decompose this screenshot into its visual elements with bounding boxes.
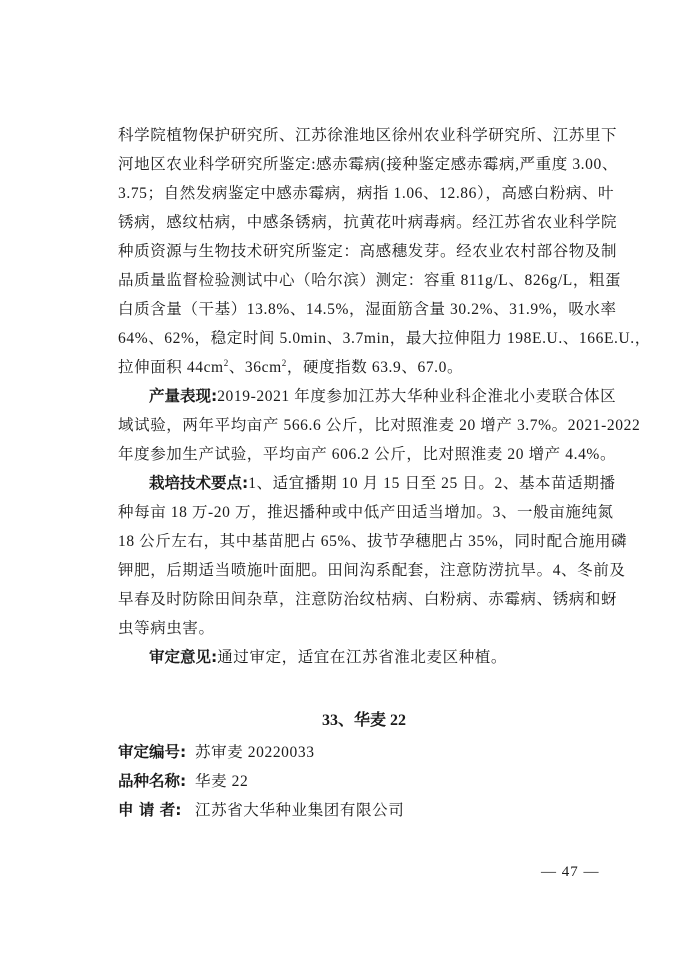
field-applicant: 申 请 者:江苏省大华种业集团有限公司 <box>118 796 590 825</box>
text-line: 年度参加生产试验，平均亩产 606.2 公斤，比对照淮麦 20 增产 4.4%。 <box>118 440 590 469</box>
variety-fields: 审定编号:苏审麦 20220033 品种名称:华麦 22 申 请 者:江苏省大华… <box>118 738 590 825</box>
text-line: 科学院植物保护研究所、江苏徐淮地区徐州农业科学研究所、江苏里下 <box>118 121 590 150</box>
text-line: 产量表现:2019-2021 年度参加江苏大华种业科企淮北小麦联合体区 <box>118 382 590 411</box>
text-line: 虫等病虫害。 <box>118 614 590 643</box>
field-label: 申 请 者: <box>118 796 195 825</box>
field-value: 苏审麦 20220033 <box>195 744 315 761</box>
text-fragment: 通过审定，适宜在江苏省淮北麦区种植。 <box>217 649 507 666</box>
field-label: 审定编号: <box>118 738 195 767</box>
field-value: 华麦 22 <box>195 773 248 790</box>
text-line: 品质量监督检验测试中心（哈尔滨）测定：容重 811g/L、826g/L，粗蛋 <box>118 266 590 295</box>
opinion-label: 审定意见: <box>149 648 217 666</box>
text-fragment: 2019-2021 年度参加江苏大华种业科企淮北小麦联合体区 <box>217 388 616 405</box>
text-line: 白质含量（干基）13.8%、14.5%，湿面筋含量 30.2%、31.9%，吸水… <box>118 295 590 324</box>
text-line: 拉伸面积 44cm2、36cm2，硬度指数 63.9、67.0。 <box>118 353 590 382</box>
cultivation-paragraph: 栽培技术要点:1、适宜播期 10 月 15 日至 25 日。2、基本苗适期播 种… <box>118 469 590 643</box>
intro-paragraph: 科学院植物保护研究所、江苏徐淮地区徐州农业科学研究所、江苏里下 河地区农业科学研… <box>118 121 590 382</box>
cultivation-label: 栽培技术要点: <box>149 474 248 492</box>
text-fragment: 1、适宜播期 10 月 15 日至 25 日。2、基本苗适期播 <box>248 475 615 492</box>
text-fragment: 拉伸面积 44cm <box>118 359 224 376</box>
field-variety-name: 品种名称:华麦 22 <box>118 767 590 796</box>
yield-label: 产量表现: <box>149 387 217 405</box>
document-page: 科学院植物保护研究所、江苏徐淮地区徐州农业科学研究所、江苏里下 河地区农业科学研… <box>118 121 590 825</box>
text-fragment: ，硬度指数 63.9、67.0。 <box>287 359 463 376</box>
text-fragment: 、36cm <box>229 359 282 376</box>
section-title: 33、华麦 22 <box>118 706 590 736</box>
text-line: 早春及时防除田间杂草，注意防治纹枯病、白粉病、赤霉病、锈病和蚜 <box>118 585 590 614</box>
text-line: 种每亩 18 万-20 万，推迟播种或中低产田适当增加。3、一般亩施纯氮 <box>118 498 590 527</box>
text-line: 栽培技术要点:1、适宜播期 10 月 15 日至 25 日。2、基本苗适期播 <box>118 469 590 498</box>
field-approval-number: 审定编号:苏审麦 20220033 <box>118 738 590 767</box>
opinion-paragraph: 审定意见:通过审定，适宜在江苏省淮北麦区种植。 <box>118 643 590 672</box>
text-line: 锈病，感纹枯病，中感条锈病，抗黄花叶病毒病。经江苏省农业科学院 <box>118 208 590 237</box>
text-line: 3.75；自然发病鉴定中感赤霉病，病指 1.06、12.86），高感白粉病、叶 <box>118 179 590 208</box>
text-line: 种质资源与生物技术研究所鉴定：高感穗发芽。经农业农村部谷物及制 <box>118 237 590 266</box>
yield-paragraph: 产量表现:2019-2021 年度参加江苏大华种业科企淮北小麦联合体区 域试验，… <box>118 382 590 469</box>
field-value: 江苏省大华种业集团有限公司 <box>195 802 404 819</box>
text-line: 18 公斤左右，其中基苗肥占 65%、拔节孕穗肥占 35%，同时配合施用磷 <box>118 527 590 556</box>
field-label: 品种名称: <box>118 767 195 796</box>
page-number: — 47 — <box>541 864 600 881</box>
text-line: 河地区农业科学研究所鉴定:感赤霉病(接种鉴定感赤霉病,严重度 3.00、 <box>118 150 590 179</box>
text-line: 64%、62%，稳定时间 5.0min、3.7min，最大拉伸阻力 198E.U… <box>118 324 590 353</box>
text-line: 审定意见:通过审定，适宜在江苏省淮北麦区种植。 <box>118 643 590 672</box>
text-line: 钾肥，后期适当喷施叶面肥。田间沟系配套，注意防涝抗旱。4、冬前及 <box>118 556 590 585</box>
text-line: 域试验，两年平均亩产 566.6 公斤，比对照淮麦 20 增产 3.7%。202… <box>118 411 590 440</box>
